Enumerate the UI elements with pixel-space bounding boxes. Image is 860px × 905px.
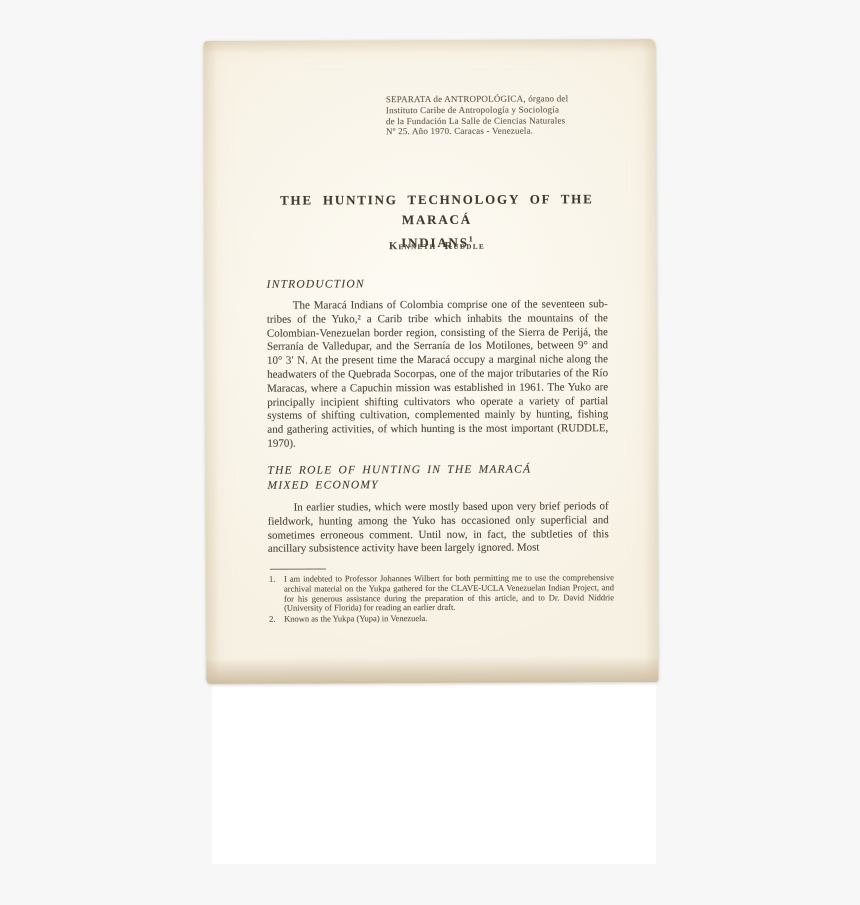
footnote-number: 1. (268, 575, 284, 614)
scanned-page: SEPARATA de ANTROPOLÓGICA, órgano del In… (204, 39, 659, 684)
footnote-text: I am indebted to Professor Johannes Wilb… (284, 573, 614, 614)
scan-canvas: SEPARATA de ANTROPOLÓGICA, órgano del In… (0, 0, 860, 905)
role-of-hunting-paragraph: In earlier studies, which were mostly ba… (268, 500, 609, 557)
footnote-2: 2. Known as the Yukpa (Yupa) in Venezuel… (268, 613, 614, 624)
footnotes-block: 1. I am indebted to Professor Johannes W… (268, 573, 614, 625)
section-heading-role-of-hunting: THE ROLE OF HUNTING IN THE MARACÁMIXED E… (267, 462, 567, 492)
scan-white-margin (212, 682, 656, 864)
footnote-text: Known as the Yukpa (Yupa) in Venezuela. (284, 613, 614, 624)
author-name: Kenneth Ruddle (266, 240, 607, 252)
section-heading-introduction: INTRODUCTION (267, 277, 365, 292)
footnote-1: 1. I am indebted to Professor Johannes W… (268, 573, 614, 614)
text-column: THE HUNTING TECHNOLOGY OF THE MARACÁINDI… (266, 39, 610, 683)
footnote-number: 2. (268, 615, 284, 625)
article-title-line1: THE HUNTING TECHNOLOGY OF THE MARACÁ (280, 191, 594, 227)
footnote-divider (270, 568, 326, 569)
introduction-paragraph: The Maracá Indians of Colombia comprise … (267, 298, 609, 451)
